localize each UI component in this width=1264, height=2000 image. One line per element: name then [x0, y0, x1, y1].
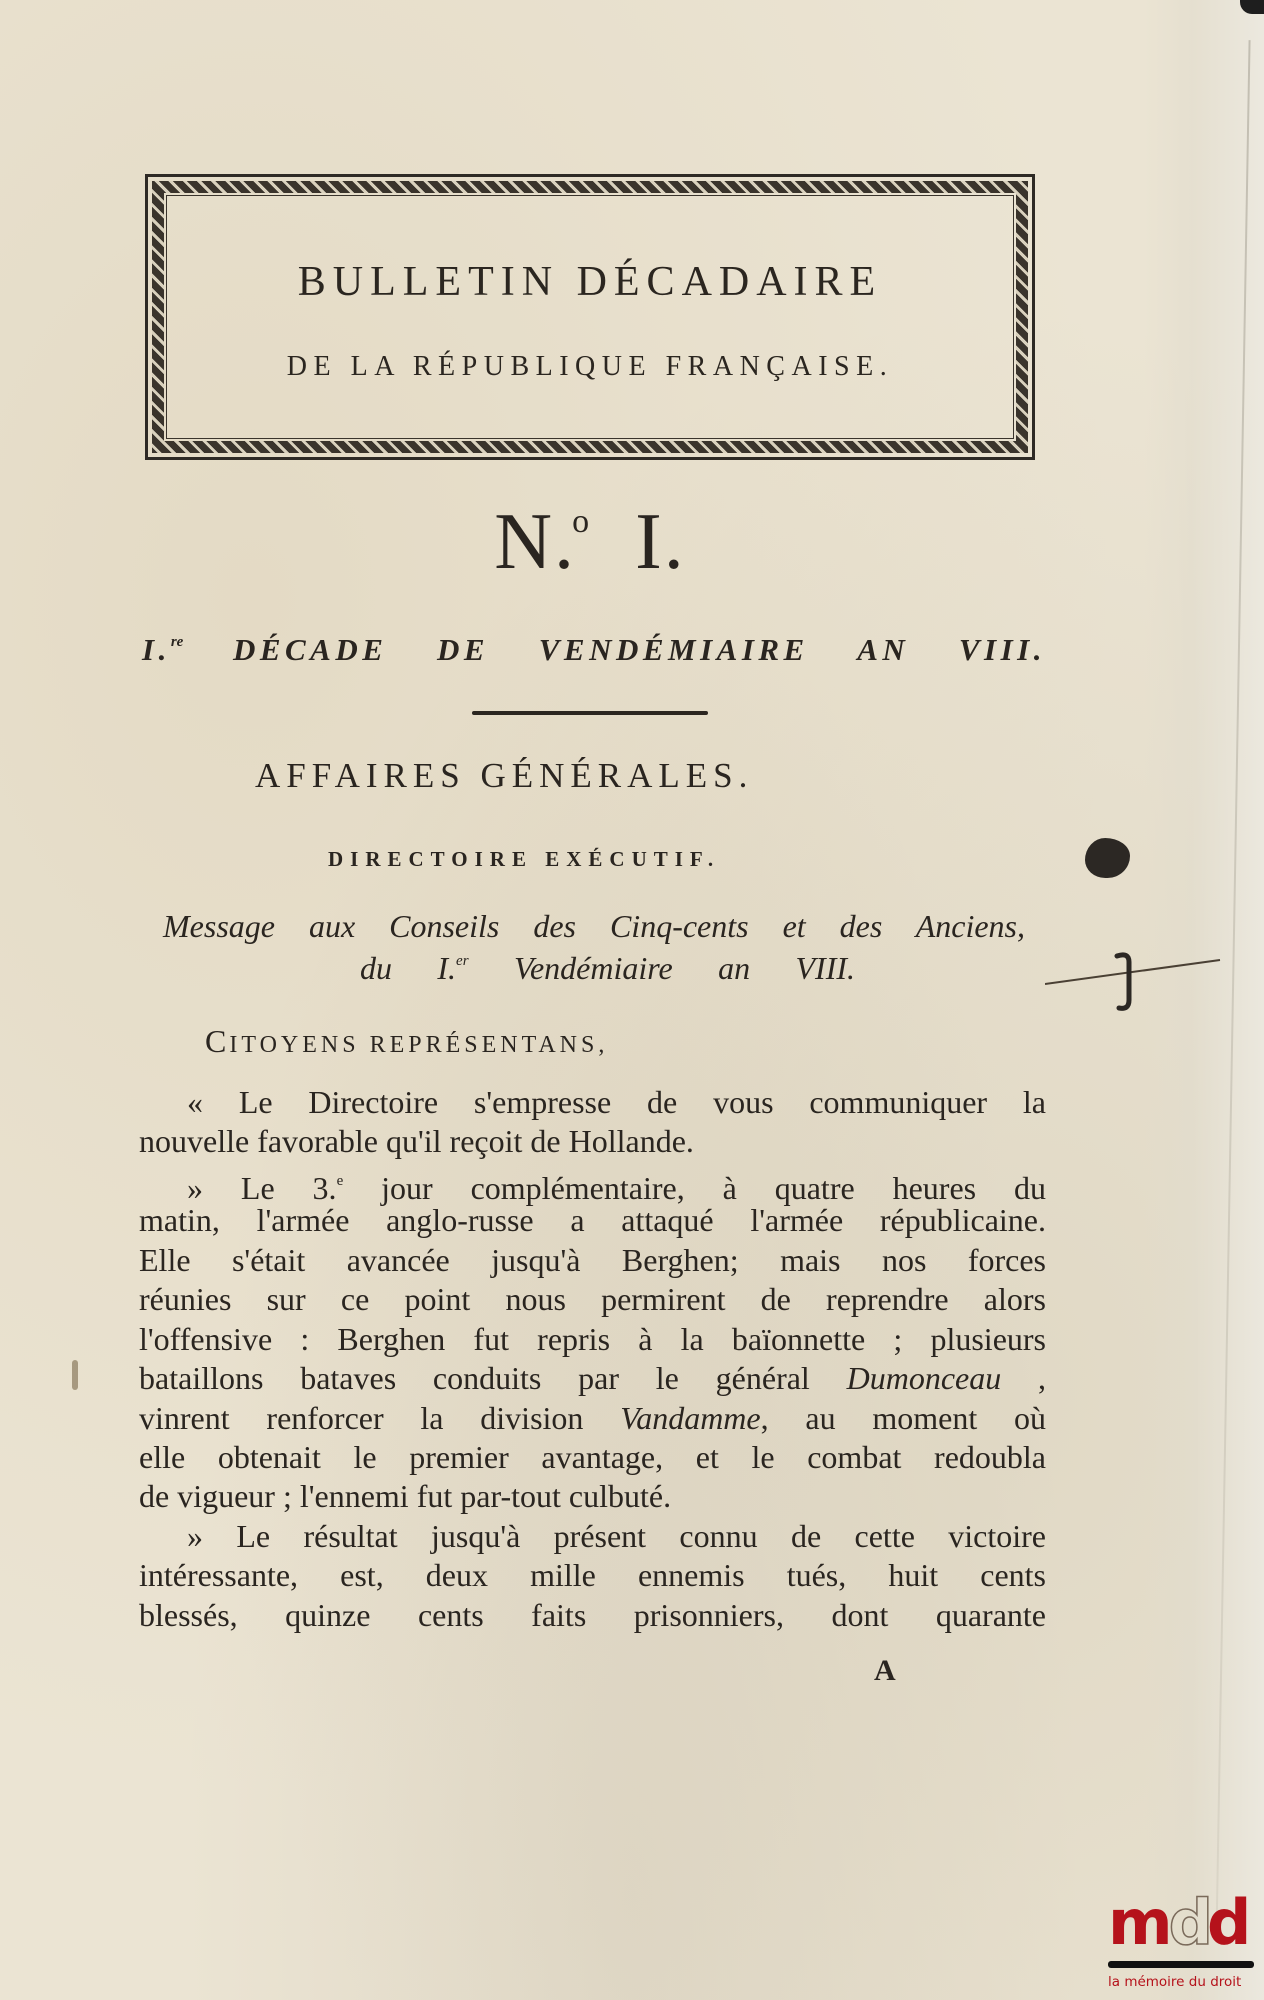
body-line: » Le résultat jusqu'à présent connu de c…	[187, 1517, 1046, 1556]
body-line: « Le Directoire s'empresse de vous commu…	[187, 1083, 1046, 1122]
body-line: Elle s'était avancée jusqu'à Berghen; ma…	[139, 1241, 1046, 1280]
body-line-italic-name: Vandamme	[620, 1400, 760, 1436]
body-line: réunies sur ce point nous permirent de r…	[139, 1280, 1046, 1319]
decade-ordinal: I.	[142, 632, 171, 667]
body-line: vinrent renforcer la division Vandamme, …	[139, 1399, 1046, 1438]
divider-rule	[472, 711, 708, 715]
logo-letter-m: m	[1108, 1893, 1173, 1953]
salutation: CITOYENS REPRÉSENTANS,	[205, 1025, 725, 1057]
body-line-pre: bataillons bataves conduits par le génér…	[139, 1360, 847, 1396]
body-line-post: , au moment où	[761, 1400, 1046, 1436]
body-line: » Le 3.e jour complémentaire, à quatre h…	[187, 1162, 1046, 1201]
section-title: AFFAIRES GÉNÉRALES.	[255, 758, 930, 793]
signature-mark: A	[874, 1656, 896, 1686]
body-line: nouvelle favorable qu'il reçoit de Holla…	[139, 1122, 1046, 1161]
masthead-box: BULLETIN DÉCADAIRE DE LA RÉPUBLIQUE FRAN…	[145, 174, 1035, 460]
issue-number: N.o I.	[0, 502, 1180, 582]
mdd-logo: m d d la mémoire du droit	[1108, 1893, 1258, 1997]
message-heading-line1: Message aux Conseils des Cinq-cents et d…	[163, 910, 1025, 942]
decade-ordinal-sup: re	[171, 634, 184, 650]
masthead-subtitle: DE LA RÉPUBLIQUE FRANÇAISE.	[148, 353, 1032, 381]
issue-prefix: N.	[494, 498, 576, 586]
paper-stain	[72, 1360, 78, 1390]
body-line: de vigueur ; l'ennemi fut par-tout culbu…	[139, 1477, 1046, 1516]
ink-blot	[1085, 838, 1130, 878]
body-line: l'offensive : Berghen fut repris à la ba…	[139, 1320, 1046, 1359]
body-line: blessés, quinze cents faits prisonniers,…	[139, 1596, 1046, 1635]
section-subtitle: DIRECTOIRE EXÉCUTIF.	[328, 849, 858, 870]
body-text: « Le Directoire s'empresse de vous commu…	[139, 1083, 1046, 1635]
decade-heading: I.re DÉCADE DE VENDÉMIAIRE AN VIII.	[142, 634, 1046, 665]
masthead-inner-rule	[166, 195, 1014, 439]
document-page: BULLETIN DÉCADAIRE DE LA RÉPUBLIQUE FRAN…	[0, 0, 1264, 2000]
body-line-italic-name: Dumonceau	[847, 1360, 1002, 1396]
logo-letter-d: d	[1207, 1893, 1251, 1953]
salutation-initial: C	[205, 1023, 229, 1059]
message-line2-pre: du I.	[360, 950, 456, 986]
decade-text: DÉCADE DE VENDÉMIAIRE AN VIII.	[183, 632, 1046, 667]
logo-bar	[1108, 1961, 1254, 1968]
body-line-post: ,	[1001, 1360, 1046, 1396]
issue-number-value: I.	[635, 498, 686, 586]
logo-letters: m d d	[1108, 1893, 1258, 1953]
body-line: bataillons bataves conduits par le génér…	[139, 1359, 1046, 1398]
masthead-title: BULLETIN DÉCADAIRE	[148, 261, 1032, 303]
body-line: matin, l'armée anglo-russe a attaqué l'a…	[139, 1201, 1046, 1240]
body-line: intéressante, est, deux mille ennemis tu…	[139, 1556, 1046, 1595]
message-line2-post: Vendémiaire an VIII.	[469, 950, 855, 986]
message-heading-line2: du I.er Vendémiaire an VIII.	[360, 952, 855, 984]
message-line2-sup: er	[456, 953, 469, 969]
salutation-rest: ITOYENS REPRÉSENTANS,	[229, 1032, 608, 1058]
issue-ordinal-sup: o	[572, 503, 591, 540]
body-line: elle obtenait le premier avantage, et le…	[139, 1438, 1046, 1477]
handwritten-mark-icon	[1045, 952, 1225, 1012]
logo-tagline: la mémoire du droit	[1108, 1974, 1258, 1990]
body-line-pre: vinrent renforcer la division	[139, 1400, 620, 1436]
